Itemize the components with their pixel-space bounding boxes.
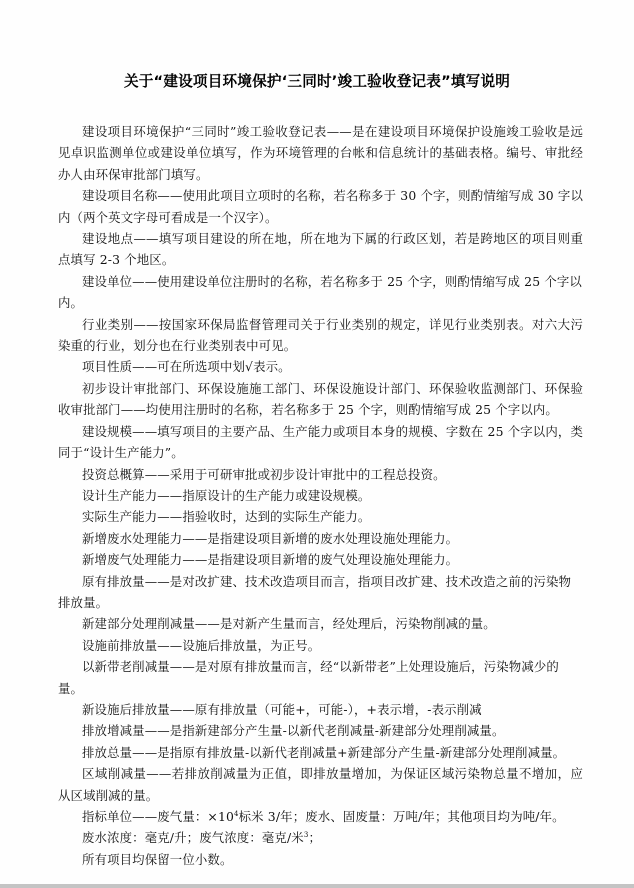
- units-prefix: 指标单位——废气量：×10: [82, 809, 234, 824]
- document-body: 建设项目环境保护“三同时”竣工验收登记表——是在建设项目环境保护设施竣工验收是远…: [58, 121, 583, 870]
- paragraph-new-waste-gas-capacity: 新增废气处理能力——是指建设项目新增的废气处理设施处理能力。: [58, 549, 583, 570]
- paragraph-departments: 初步设计审批部门、环保设施施工部门、环保设施设计部门、环保验收监测部门、环保验收…: [58, 378, 583, 421]
- paragraph-actual-capacity: 实际生产能力——指验收时，达到的实际生产能力。: [58, 506, 583, 527]
- paragraph-concentration-units: 废水浓度：毫克/升；废气浓度：毫克/米3；: [58, 827, 583, 848]
- paragraph-indicator-units: 指标单位——废气量：×104标米 3/年；废水、固废量：万吨/年；其他项目均为吨…: [58, 806, 583, 827]
- paragraph-construction-unit: 建设单位——使用建设单位注册时的名称，若名称多于 25 个字，则酌情缩写成 25…: [58, 271, 583, 314]
- paragraph-construction-site: 建设地点——填写项目建设的所在地，所在地为下属的行政区划，若是跨地区的项目则重点…: [58, 228, 583, 271]
- paragraph-project-nature: 项目性质——可在所选项中划√表示。: [58, 356, 583, 377]
- paragraph-total-emissions: 排放总量——是指原有排放量-以新代老削减量+新建部分产生量-新建部分处理削减量。: [58, 742, 583, 763]
- paragraph-construction-scale: 建设规模——填写项目的主要产品、生产能力或项目本身的规模、字数在 25 个字以内…: [58, 421, 583, 464]
- document-page: 关于“建设项目环境保护‘三同时’竣工验收登记表”填写说明 建设项目环境保护“三同…: [0, 0, 634, 884]
- paragraph-industry-category: 行业类别——按国家环保局监督管理司关于行业类别的规定，详见行业类别表。对六大污染…: [58, 314, 583, 357]
- paragraph-project-name: 建设项目名称——使用此项目立项时的名称，若名称多于 30 个字，则酌情缩写成 3…: [58, 185, 583, 228]
- paragraph-decimal-rule: 所有项目均保留一位小数。: [58, 849, 583, 870]
- paragraph-original-emissions: 原有排放量——是对改扩建、技术改造项目而言，指项目改扩建、技术改造之前的污染物排…: [58, 571, 583, 614]
- document-title: 关于“建设项目环境保护‘三同时’竣工验收登记表”填写说明: [0, 70, 634, 91]
- paragraph-total-investment: 投资总概算——采用于可研审批或初步设计审批中的工程总投资。: [58, 464, 583, 485]
- concentration-suffix: ；: [308, 830, 321, 845]
- paragraph-regional-reduction: 区域削减量——若排放削减量为正值，即排放量增加，为保证区域污染物总量不增加，应从…: [58, 763, 583, 806]
- concentration-prefix: 废水浓度：毫克/升；废气浓度：毫克/米: [82, 830, 304, 845]
- page-bottom-edge: [0, 884, 634, 888]
- paragraph-new-wastewater-capacity: 新增废水处理能力——是指建设项目新增的废水处理设施处理能力。: [58, 528, 583, 549]
- paragraph-design-capacity: 设计生产能力——指原设计的生产能力或建设规模。: [58, 485, 583, 506]
- units-suffix: 标米 3/年；废水、固废量：万吨/年；其他项目均为吨/年。: [239, 809, 565, 824]
- paragraph-new-treatment-reduction: 新建部分处理削减量——是对新产生量而言，经处理后，污染物削减的量。: [58, 613, 583, 634]
- paragraph-emission-change: 排放增减量——是指新建部分产生量-以新代老削减量-新建部分处理削减量。: [58, 720, 583, 741]
- paragraph-new-with-old-reduction: 以新带老削减量——是对原有排放量而言，经“以新带老”上处理设施后，污染物减少的量…: [58, 656, 583, 699]
- paragraph-pre-facility-emissions: 设施前排放量——设施后排放量，为正号。: [58, 635, 583, 656]
- paragraph-post-facility-emissions: 新设施后排放量——原有排放量（可能+，可能-），+表示增，-表示削减: [58, 699, 583, 720]
- paragraph-form-definition: 建设项目环境保护“三同时”竣工验收登记表——是在建设项目环境保护设施竣工验收是远…: [58, 121, 583, 185]
